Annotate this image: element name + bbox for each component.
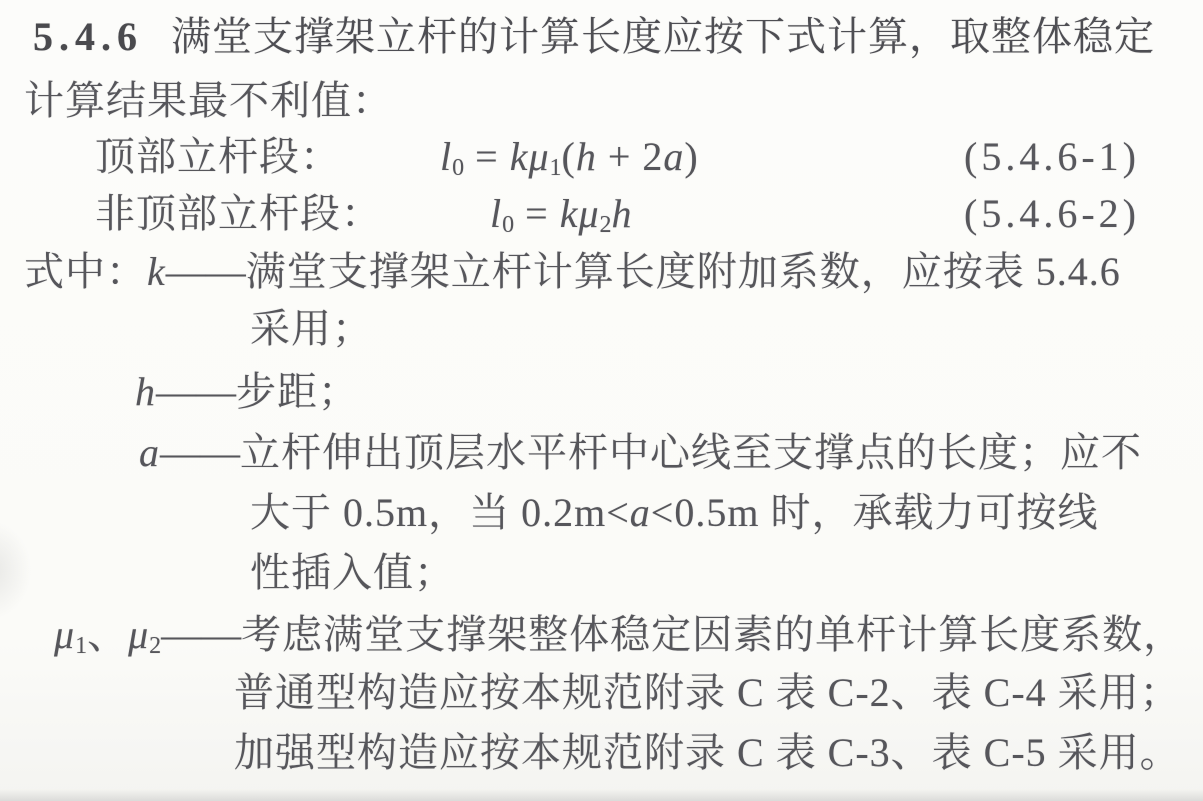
term-h: h [135,369,156,414]
var-l-subscript: 0 [502,212,514,238]
formula-expression-1: l0 = kμ1(h + 2a) [440,132,699,182]
var-h: h [612,191,633,236]
term-dash: —— [161,612,241,657]
var-l: l [490,191,502,236]
where-line-mu: μ1、μ2——考虑满堂支撑架整体稳定因素的单杆计算长度系数， [0,610,1203,660]
clause-heading-line: 5.4.6满堂支撑架立杆的计算长度应按下式计算，取整体稳定 [0,12,1203,62]
term-mu2: μ [128,612,149,657]
scan-smudge [0,520,32,620]
term-a: a [139,430,160,475]
coef-k-mu: kμ [510,134,550,179]
def-mu-continuation-2: 加强型构造应按本规范附录 C 表 C-3、表 C-5 采用。 [0,728,1203,778]
clause-heading-text: 满堂支撑架立杆的计算长度应按下式计算，取整体稳定 [171,14,1155,59]
clause-number: 5.4.6 [33,14,143,59]
def-a-continuation-1: 大于 0.5m，当 0.2m<a<0.5m 时，承载力可按线 [0,488,1203,538]
term-separator: 、 [87,612,128,657]
equals-sign: = [464,134,510,179]
where-label: 式中： [24,249,147,294]
def-mu-text-3: 加强型构造应按本规范附录 C 表 C-3、表 C-5 采用。 [234,730,1181,775]
def-a-continuation-2: 性插入值； [0,548,1203,598]
coef-subscript: 2 [600,212,612,238]
equation-number-2: (5.4.6-2) [964,189,1140,239]
def-a-text-2a: 大于 0.5m，当 0.2m< [250,490,630,535]
term-mu1-subscript: 1 [75,633,87,659]
var-l: l [440,134,452,179]
formula-label-nontop: 非顶部立杆段： [95,189,382,239]
var-h: h [576,134,597,179]
coef-k-mu: kμ [560,191,600,236]
plus-2: + 2 [597,134,664,179]
scan-bottom-edge [0,789,1203,801]
def-mu-text: 考虑满堂支撑架整体稳定因素的单杆计算长度系数， [241,612,1184,657]
var-a: a [663,134,684,179]
formula-expression-2: l0 = kμ2h [490,189,633,239]
where-line-h: h——步距； [0,367,1203,417]
term-dash: —— [166,249,246,294]
term-k: k [147,249,166,294]
def-a-text-3: 性插入值； [250,550,455,595]
def-h-text: 步距； [236,369,359,414]
term-mu2-subscript: 2 [149,633,161,659]
coef-subscript: 1 [550,155,562,181]
var-l-subscript: 0 [452,155,464,181]
document-page: 5.4.6满堂支撑架立杆的计算长度应按下式计算，取整体稳定 计算结果最不利值： … [0,0,1203,801]
term-dash: —— [160,430,240,475]
var-a-inline: a [630,490,651,535]
def-k-text: 满堂支撑架立杆计算长度附加系数，应按表 5.4.6 [246,249,1121,294]
def-mu-text-2: 普通型构造应按本规范附录 C 表 C-2、表 C-4 采用； [234,670,1181,715]
paren-close: ) [684,134,698,179]
paren-open: ( [562,134,576,179]
clause-heading-continuation: 计算结果最不利值： [0,76,1203,126]
formula-label-top: 顶部立杆段： [95,132,341,182]
term-mu1: μ [54,612,75,657]
where-line-k: 式中：k——满堂支撑架立杆计算长度附加系数，应按表 5.4.6 [0,247,1203,297]
def-a-text-2b: <0.5m 时，承载力可按线 [651,490,1099,535]
equation-number-1: (5.4.6-1) [964,132,1140,182]
def-k-text-2: 采用； [250,306,373,351]
equals-sign: = [514,191,560,236]
term-dash: —— [156,369,236,414]
def-mu-continuation-1: 普通型构造应按本规范附录 C 表 C-2、表 C-4 采用； [0,668,1203,718]
clause-heading-text-2: 计算结果最不利值： [24,78,393,123]
def-a-text: 立杆伸出顶层水平杆中心线至支撑点的长度；应不 [240,430,1142,475]
where-line-a: a——立杆伸出顶层水平杆中心线至支撑点的长度；应不 [0,428,1203,478]
def-k-continuation: 采用； [0,304,1203,354]
